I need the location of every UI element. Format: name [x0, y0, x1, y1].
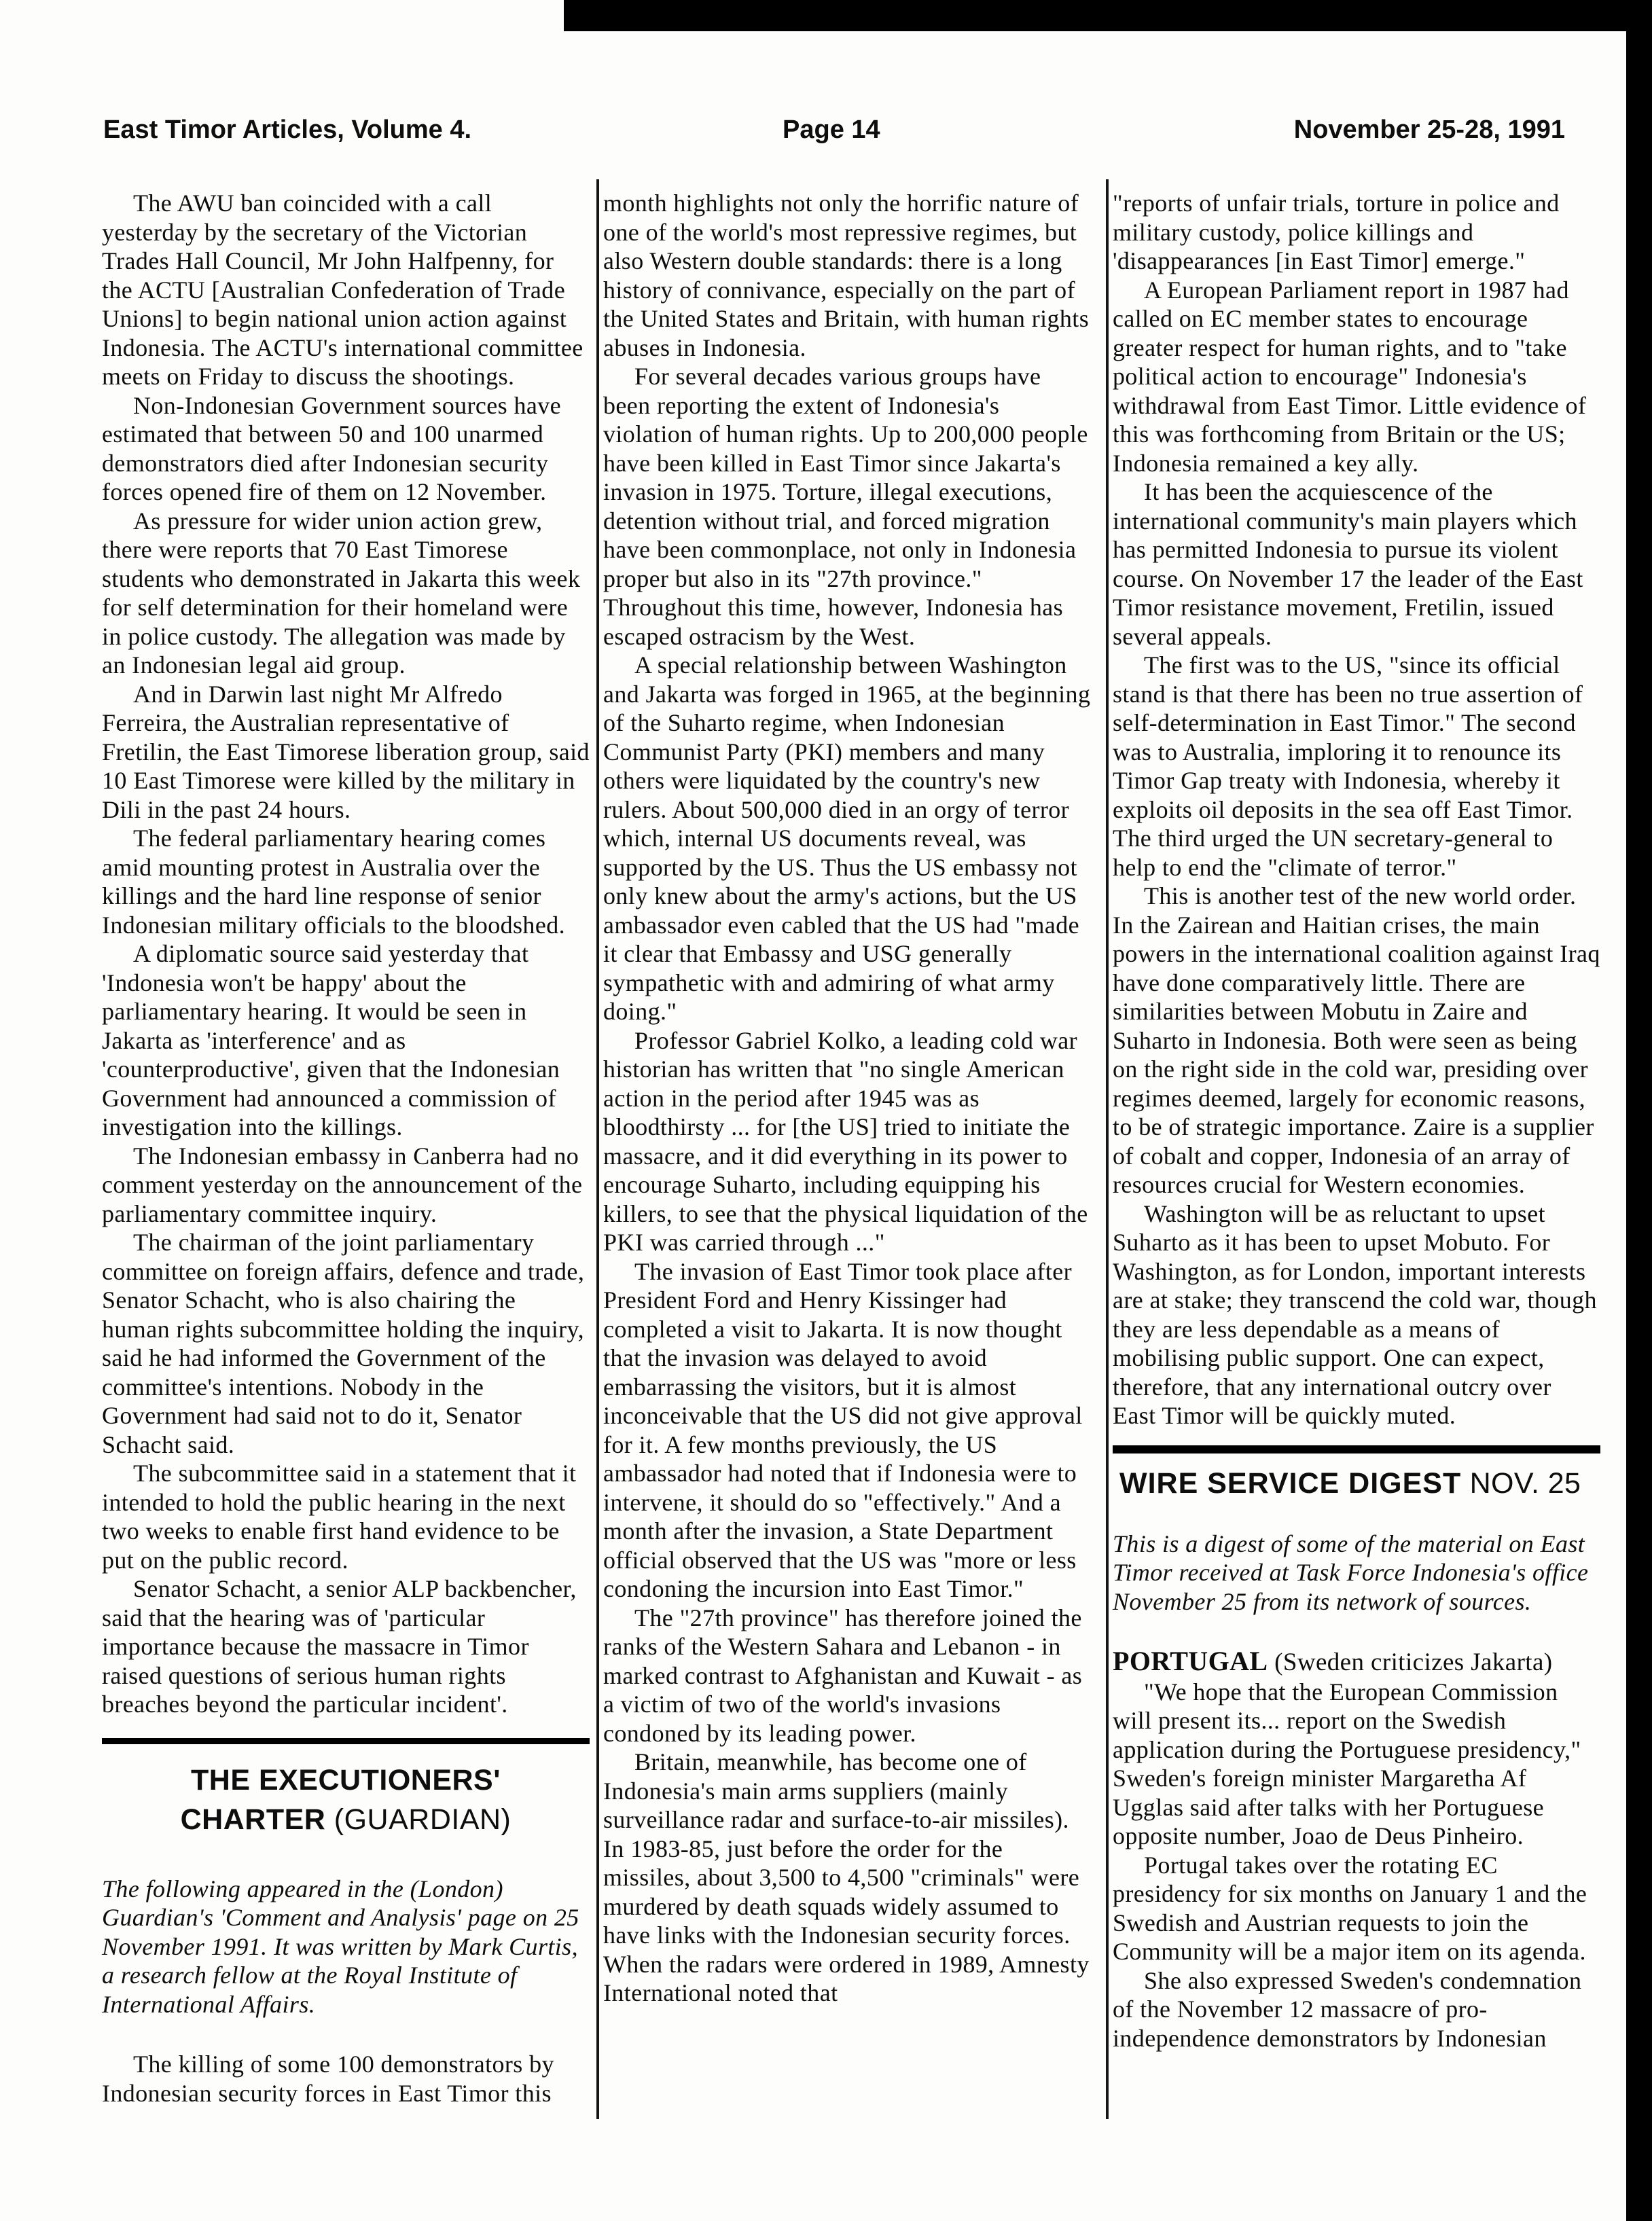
article-paragraph: The invasion of East Timor took place af… — [603, 1257, 1091, 1604]
running-head: East Timor Articles, Volume 4. Page 14 N… — [0, 115, 1626, 149]
scanned-newsletter-page: East Timor Articles, Volume 4. Page 14 N… — [0, 0, 1652, 2221]
column-rule-2 — [1106, 179, 1109, 2119]
column-rule-1 — [596, 179, 599, 2119]
column-2: month highlights not only the horrific n… — [603, 189, 1091, 2008]
heading-line2-bold: CHARTER — [181, 1803, 326, 1836]
article-paragraph: A special relationship between Washingto… — [603, 651, 1091, 1026]
scan-artifact-right-bar — [1626, 0, 1652, 2221]
digest-divider-rule — [1113, 1445, 1600, 1453]
article-paragraph: The AWU ban coincided with a call yester… — [102, 189, 590, 391]
article-paragraph: She also expressed Sweden's condemnation… — [1113, 1966, 1600, 2053]
article-paragraph: "We hope that the European Commission wi… — [1113, 1678, 1600, 1851]
article-paragraph: Senator Schacht, a senior ALP backbenche… — [102, 1574, 590, 1719]
article-paragraph: It has been the acquiescence of the inte… — [1113, 477, 1600, 651]
article-paragraph: For several decades various groups have … — [603, 362, 1091, 651]
article-paragraph: month highlights not only the horrific n… — [603, 189, 1091, 362]
article-paragraph: The federal parliamentary hearing comes … — [102, 824, 590, 939]
article-paragraph: The subcommittee said in a statement tha… — [102, 1459, 590, 1574]
article-paragraph: Non-Indonesian Government sources have e… — [102, 391, 590, 507]
digest-heading-date: NOV. 25 — [1461, 1467, 1581, 1500]
article-paragraph: As pressure for wider union action grew,… — [102, 507, 590, 680]
article-paragraph: A diplomatic source said yesterday that … — [102, 939, 590, 1142]
digest-item-subtitle: (Sweden criticizes Jakarta) — [1268, 1648, 1552, 1676]
article-paragraph: The "27th province" has therefore joined… — [603, 1604, 1091, 1748]
article-paragraph: The first was to the US, "since its offi… — [1113, 651, 1600, 882]
article-paragraph: "reports of unfair trials, torture in po… — [1113, 189, 1600, 276]
digest-heading-bold: WIRE SERVICE DIGEST — [1119, 1467, 1461, 1500]
article-paragraph: Washington will be as reluctant to upset… — [1113, 1199, 1600, 1430]
issue-date: November 25-28, 1991 — [1294, 115, 1565, 145]
digest-item-country: PORTUGAL — [1113, 1646, 1268, 1676]
scan-artifact-top-bar — [564, 0, 1652, 31]
column-1: The AWU ban coincided with a call yester… — [102, 189, 590, 2108]
article-paragraph: And in Darwin last night Mr Alfredo Ferr… — [102, 680, 590, 825]
section-heading-wire-service-digest: WIRE SERVICE DIGEST NOV. 25 — [1113, 1463, 1600, 1504]
heading-line1: THE EXECUTIONERS' — [191, 1764, 501, 1796]
article-paragraph: The Indonesian embassy in Canberra had n… — [102, 1142, 590, 1229]
heading-line2-source: (GUARDIAN) — [325, 1803, 511, 1836]
section-divider-rule — [102, 1738, 590, 1744]
editorial-note: The following appeared in the (London) G… — [102, 1875, 590, 2019]
article-paragraph: This is another test of the new world or… — [1113, 882, 1600, 1199]
article-paragraph: The chairman of the joint parliamentary … — [102, 1228, 590, 1459]
article-paragraph: The killing of some 100 demonstrators by… — [102, 2050, 590, 2108]
publication-title: East Timor Articles, Volume 4. — [103, 115, 471, 145]
article-paragraph: Professor Gabriel Kolko, a leading cold … — [603, 1026, 1091, 1257]
article-paragraph: Portugal takes over the rotating EC pres… — [1113, 1851, 1600, 1966]
article-paragraph: A European Parliament report in 1987 had… — [1113, 276, 1600, 478]
article-paragraph: Britain, meanwhile, has become one of In… — [603, 1748, 1091, 2008]
digest-editorial-note: This is a digest of some of the material… — [1113, 1530, 1600, 1617]
section-heading-executioners-charter: THE EXECUTIONERS' CHARTER (GUARDIAN) — [102, 1760, 590, 1839]
page-number: Page 14 — [783, 115, 880, 145]
column-3: "reports of unfair trials, torture in po… — [1113, 189, 1600, 2053]
digest-item-heading-portugal: PORTUGAL (Sweden criticizes Jakarta) — [1113, 1647, 1600, 1678]
